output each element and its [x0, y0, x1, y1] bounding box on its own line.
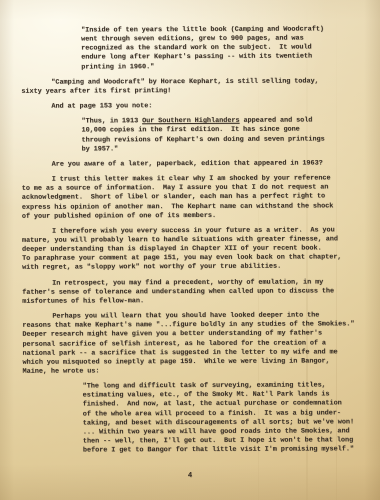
letter-quote-paragraph: "Inside of ten years the little book (Ca…	[81, 25, 359, 72]
paragraph-text: Are you aware of a later, paperback, edi…	[52, 159, 323, 168]
paragraph-text: I therefore wish you every success in yo…	[22, 226, 342, 272]
paragraph-text: In retrospect, you may find a precedent,…	[22, 278, 334, 306]
paragraph-text: "Inside of ten years the little book (Ca…	[81, 25, 324, 71]
letter-paragraph: I trust this letter makes it clear why I…	[22, 174, 362, 221]
paragraph-text: Perhaps you will learn that you should h…	[22, 312, 354, 376]
letter-page: "Inside of ten years the little book (Ca…	[0, 0, 380, 500]
paragraph-text: I trust this letter makes it clear why I…	[22, 174, 334, 220]
paragraph-text: "The long and difficult task of surveyin…	[83, 382, 354, 455]
page-number: 4	[0, 472, 380, 480]
paragraph-text: "Camping and Woodcraft" by Horace Kephar…	[21, 77, 318, 95]
letter-paragraph: "Camping and Woodcraft" by Horace Kephar…	[21, 77, 361, 97]
underlined-book-title: Our Southern Highlanders	[142, 117, 240, 125]
letter-paragraph: Are you aware of a later, paperback, edi…	[22, 159, 362, 170]
letter-paragraph: Perhaps you will learn that you should h…	[22, 311, 362, 377]
paragraph-text: "Thus, in 1913	[81, 117, 142, 125]
letter-text: "Inside of ten years the little book (Ca…	[21, 25, 363, 462]
letter-paragraph: And at page 153 you note:	[21, 101, 361, 112]
letter-paragraph: In retrospect, you may find a precedent,…	[22, 278, 362, 307]
letter-paragraph: I therefore wish you every success in yo…	[22, 226, 362, 273]
letter-quote-paragraph: "Thus, in 1913 Our Southern Highlanders …	[81, 117, 359, 155]
letter-quote-paragraph: "The long and difficult task of surveyin…	[83, 381, 361, 455]
paragraph-text: And at page 153 you note:	[51, 102, 152, 110]
